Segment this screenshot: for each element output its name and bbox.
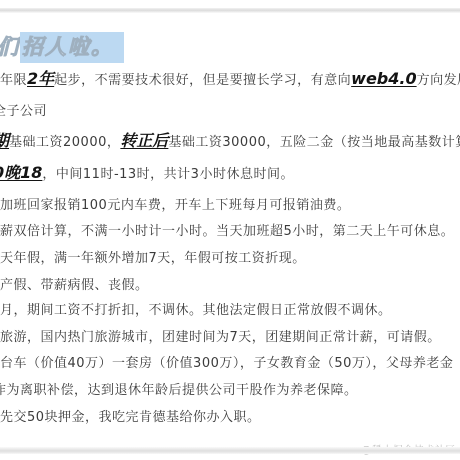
body-text: 薪双倍计算，不满一小时计一小时。当天加班超5小时，第二天上午可休息。 (0, 224, 454, 239)
emphasis-text: 转正后 (120, 131, 168, 150)
body-text: 全子公司 (0, 104, 47, 119)
document-line: 年限2年起步，不需要技术很好，但是要擅长学习，有意向web4.0方向发展，入职参… (0, 69, 460, 90)
body-text: 起步，不需要技术很好，但是要擅长学习，有意向 (54, 73, 351, 88)
document-line: 期基础工资20000，转正后基础工资30000，五险二金（按当地最高基数计算），… (0, 131, 460, 152)
document-line: 天年假，满一年额外增加7天，年假可按工资折现。 (0, 251, 306, 268)
body-text: 基础工资30000，五险二金（按当地最高基数计算）， (168, 135, 460, 150)
body-text: 作为离职补偿，达到退休年龄后提供公司干股作为养老保障。 (0, 383, 358, 398)
document-line: 全子公司 (0, 104, 47, 121)
document-page: 我们招人啦。 年限2年起步，不需要技术很好，但是要擅长学习，有意向web4.0方… (0, 0, 460, 460)
body-text: 旅游，国内热门旅游城市，团建时间为7天，团建期间正常计薪，可请假。 (0, 330, 441, 345)
document-line: 月，期间工资不打折扣，不调休。其他法定假日正常放假不调休。 (0, 303, 392, 320)
emphasis-text: 0晚18 (0, 163, 42, 182)
body-text: 加班回家报销100元内车费，开车上下班每月可报销油费。 (0, 198, 350, 213)
body-text: ，中间11时-13时，共计3小时休息时间。 (42, 167, 294, 182)
document-line: 加班回家报销100元内车费，开车上下班每月可报销油费。 (0, 198, 350, 215)
document-line: 旅游，国内热门旅游城市，团建时间为7天，团建期间正常计薪，可请假。 (0, 330, 441, 347)
document-line: 产假、带薪病假、丧假。 (0, 278, 149, 295)
document-line: 台车（价值40万）一套房（价值300万），子女教育金（50万），父母养老金（50… (0, 356, 460, 373)
emphasis-text: web4.0 (351, 69, 416, 88)
emphasis-text: 2年 (27, 69, 54, 88)
body-text: 先交50块押金，我吃完肯德基给你办入职。 (0, 410, 261, 425)
document-line: 0晚18，中间11时-13时，共计3小时休息时间。 (0, 163, 294, 184)
document-line: 先交50块押金，我吃完肯德基给你办入职。 (0, 410, 261, 427)
body-text: 天年假，满一年额外增加7天，年假可按工资折现。 (0, 251, 306, 266)
body-text: 年限 (0, 73, 27, 88)
body-text: 产假、带薪病假、丧假。 (0, 278, 149, 293)
document-line: 薪双倍计算，不满一小时计一小时。当天加班超5小时，第二天上午可休息。 (0, 224, 454, 241)
body-text: 方向发展，入职参加带 (417, 73, 460, 88)
body-text: 基础工资20000， (9, 135, 120, 150)
body-text: 台车（价值40万）一套房（价值300万），子女教育金（50万），父母养老金（50… (0, 356, 460, 371)
document-body: 年限2年起步，不需要技术很好，但是要擅长学习，有意向web4.0方向发展，入职参… (0, 0, 460, 460)
watermark: @稀土掘金技术社区 (361, 442, 456, 456)
emphasis-text: 期 (0, 131, 9, 150)
document-line: 作为离职补偿，达到退休年龄后提供公司干股作为养老保障。 (0, 383, 358, 400)
body-text: 月，期间工资不打折扣，不调休。其他法定假日正常放假不调休。 (0, 303, 392, 318)
